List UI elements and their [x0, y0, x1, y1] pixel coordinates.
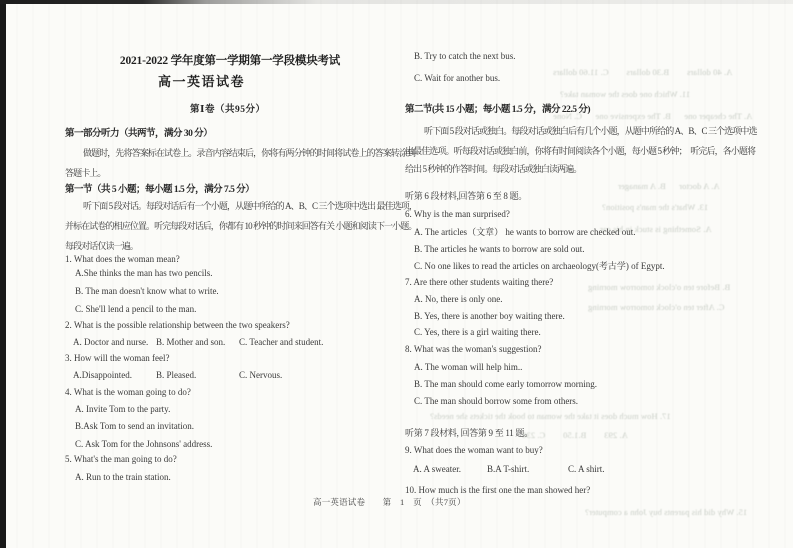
question-stem: 6. Why is the man surprised? — [405, 208, 510, 220]
bleedthrough-text: B. Before ten o'clock tomorrow morning — [588, 282, 730, 292]
question-option: A. No, there is only one. — [414, 293, 502, 305]
question-stem: 3. How will the woman feel? — [65, 352, 169, 364]
question-option: C. Wait for another bus. — [414, 72, 500, 84]
question-option: B. Pleased. — [156, 369, 239, 381]
question-stem: 1. What does the woman mean? — [65, 253, 180, 265]
question-stem: 5. What's the man going to do? — [65, 453, 177, 465]
question-option: B. Yes, there is another boy waiting the… — [414, 310, 565, 322]
bleedthrough-text: 13. What's the man's position? — [602, 202, 708, 212]
question-stem: 4. What is the woman going to do? — [65, 386, 191, 398]
question-option: B. The articles he wants to borrow are s… — [414, 243, 585, 255]
question-option: C. Nervous. — [239, 369, 282, 381]
scan-edge-top — [0, 0, 793, 4]
exam-subject-title: 高一英语试卷 — [158, 76, 245, 88]
exam-paper-scan: A. 40 dollars B.30 dollars C. 11.60 doll… — [0, 0, 793, 548]
question-option: C. Yes, there is a girl waiting there. — [414, 326, 541, 338]
general-note-line: 答题卡上。 — [65, 167, 106, 179]
material6-intro: 听第 6 段材料,回答第 6 至 8 题。 — [405, 190, 527, 202]
part2-note-line: 听下面 5 段对话或独白。每段对话或独白后有几个小题，从题中所给的 A、B、C … — [424, 125, 757, 137]
question-option: A. The woman will help him.. — [414, 361, 522, 373]
question-option: C. Teacher and student. — [239, 336, 323, 348]
question-option: A. Invite Tom to the party. — [75, 403, 170, 415]
part1-note-line: 每段对话仅读一遍。 — [65, 240, 138, 252]
page-footer: 高一英语试卷 第 1 页 （共7页） — [313, 496, 466, 508]
part1-note-line: 听下面 5 段对话。每段对话后有一个小题，从题中所给的 A、B、C 三个选项中选… — [83, 200, 417, 212]
question-option: C. Ask Tom for the Johnsons' address. — [75, 438, 212, 450]
question-option: C. No one likes to read the articles on … — [414, 260, 665, 272]
general-note-line: 做题时，先将答案标在试卷上。录音内容结束后，你将有两分钟的时间将试卷上的答案转涂… — [83, 147, 415, 159]
bleedthrough-text: C. After ten o'clock tomorrow morning — [588, 302, 724, 312]
question-option: A. Run to the train station. — [75, 471, 171, 483]
part2-note-line: 出最佳选项。听每段对话或独白前，你将有时间阅读各个小题，每小题 5 秒钟； 听完… — [405, 145, 755, 157]
bleedthrough-text: 17. How much does it take the woman to b… — [430, 411, 671, 421]
part1-heading: 第一节（共 5 小题；每小题 1.5 分，满分 7.5 分） — [65, 184, 254, 196]
question-stem: 2. What is the possible relationship bet… — [65, 319, 290, 331]
material7-intro: 听第 7 段材料, 回答第 9 至 11 题。 — [405, 427, 533, 439]
question-option: A. A sweater. — [413, 463, 487, 475]
scan-edge-left — [0, 0, 6, 548]
question-stem: 9. What does the woman want to buy? — [405, 444, 543, 456]
question-option: B. Mother and son. — [156, 336, 239, 348]
bleedthrough-text: 11. Which one does the woman take? — [560, 89, 690, 99]
question-option: B. The man should come early tomorrow mo… — [414, 378, 597, 390]
part2-heading: 第二节(共 15 小题；每小题 1.5 分，满分 22.5 分) — [405, 104, 590, 116]
question-option: B. Try to catch the next bus. — [414, 50, 516, 62]
part2-note-line: 给出 5 秒钟的作答时间。每段对话或独白读两遍。 — [405, 163, 581, 175]
question-option-row: A.Disappointed.B. Pleased.C. Nervous. — [73, 369, 282, 381]
question-option: A.She thinks the man has two pencils. — [75, 267, 212, 279]
section1-heading: 第一部分听力（共两节，满分 30 分） — [65, 128, 212, 140]
question-stem: 8. What was the woman's suggestion? — [405, 343, 541, 355]
question-option: C. The man should borrow some from other… — [414, 395, 578, 407]
question-option: A. The articles（文章） he wants to borrow a… — [414, 226, 636, 238]
question-option: B. The man doesn't know what to write. — [75, 285, 219, 297]
question-option: B.A T-shirt. — [487, 463, 568, 475]
bleedthrough-text: 15. Why did his parents buy John a compu… — [585, 507, 747, 517]
question-option: C. A shirt. — [568, 463, 605, 475]
question-stem: 10. How much is the first one the man sh… — [405, 484, 590, 496]
exam-title: 2021-2022 学年度第一学期第一学段模块考试 — [65, 55, 395, 67]
bleedthrough-text: A. 40 dollars B.30 dollars C. 11.60 doll… — [553, 67, 732, 77]
part1-note-line: 并标在试卷的相应位置。听完每段对话后，你都有 10 秒钟的时间来回答有关 小题和… — [65, 220, 416, 232]
question-option: A. Doctor and nurse. — [73, 336, 156, 348]
question-option: A.Disappointed. — [73, 369, 156, 381]
question-option: B.Ask Tom to send an invitation. — [75, 420, 194, 432]
volume-heading: 第Ⅰ卷（共95分） — [190, 104, 265, 116]
question-option-row: A. Doctor and nurse.B. Mother and son.C.… — [73, 336, 323, 348]
question-stem: 7. Are there other students waiting ther… — [405, 276, 553, 288]
bleedthrough-text: A. A doctor B. A manager — [618, 181, 720, 191]
question-option: C. She'll lend a pencil to the man. — [75, 303, 196, 315]
bleedthrough-text: A. 293 B.1.50 C. 236 — [522, 430, 628, 440]
question-option-row: A. A sweater.B.A T-shirt.C. A shirt. — [413, 463, 605, 475]
